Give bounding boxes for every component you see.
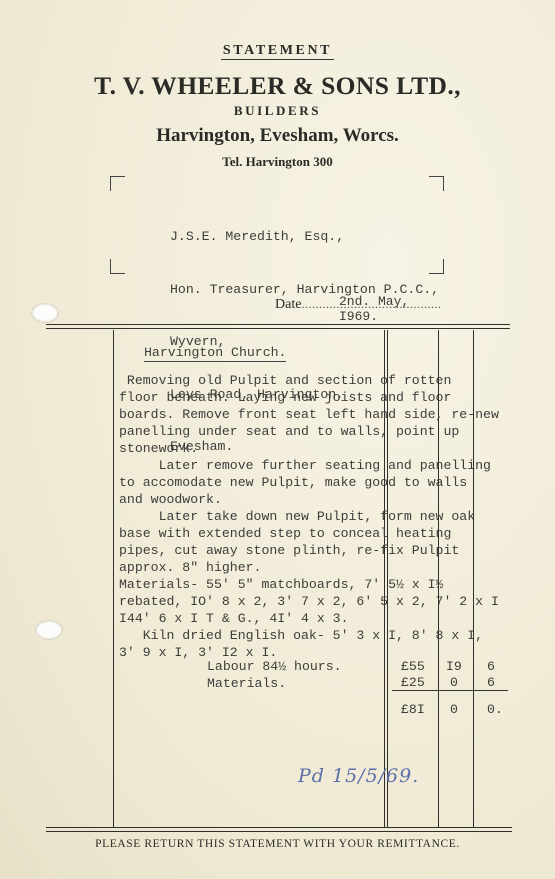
company-name: T. V. WHEELER & SONS LTD., <box>0 71 555 101</box>
punch-hole-bottom <box>35 620 63 640</box>
punch-hole-top <box>31 303 59 323</box>
company-trade: BUILDERS <box>0 103 555 119</box>
total-rule <box>392 690 508 691</box>
work-description: Removing old Pulpit and section of rotte… <box>119 372 499 661</box>
address-corner-mark <box>429 176 444 191</box>
line-item-label: Materials. <box>207 676 286 691</box>
document-type-heading: STATEMENT <box>0 43 555 59</box>
total-shillings: 0 <box>450 702 458 717</box>
table-bottom-rule <box>46 831 512 832</box>
total-pounds: £8I <box>401 702 425 717</box>
date-label: Date <box>275 297 301 312</box>
job-heading: Harvington Church. <box>144 345 286 362</box>
remittance-notice: PLEASE RETURN THIS STATEMENT WITH YOUR R… <box>0 838 555 850</box>
addressee-line: J.S.E. Meredith, Esq., <box>170 228 439 246</box>
table-left-rule <box>113 330 114 827</box>
line-item-label: Labour 84½ hours. <box>207 659 342 674</box>
table-top-rule <box>46 328 510 329</box>
handwritten-paid-note: Pd 15/5/69. <box>298 765 419 787</box>
address-corner-mark <box>110 259 125 274</box>
line-item-shillings: I9 <box>446 659 462 674</box>
table-bottom-rule <box>46 827 512 828</box>
line-item-pounds: £55 <box>401 659 425 674</box>
total-pence: 0. <box>487 702 503 717</box>
line-item-shillings: 0 <box>450 675 458 690</box>
date-row: Date....................................… <box>275 295 441 313</box>
address-corner-mark <box>110 176 125 191</box>
date-value: 2nd. May, I969. <box>339 294 441 324</box>
line-item-pence: 6 <box>487 659 495 674</box>
table-top-rule <box>46 324 510 325</box>
company-address: Harvington, Evesham, Worcs. <box>0 125 555 147</box>
line-item-pence: 6 <box>487 675 495 690</box>
line-item-pounds: £25 <box>401 675 425 690</box>
company-telephone: Tel. Harvington 300 <box>0 154 555 170</box>
